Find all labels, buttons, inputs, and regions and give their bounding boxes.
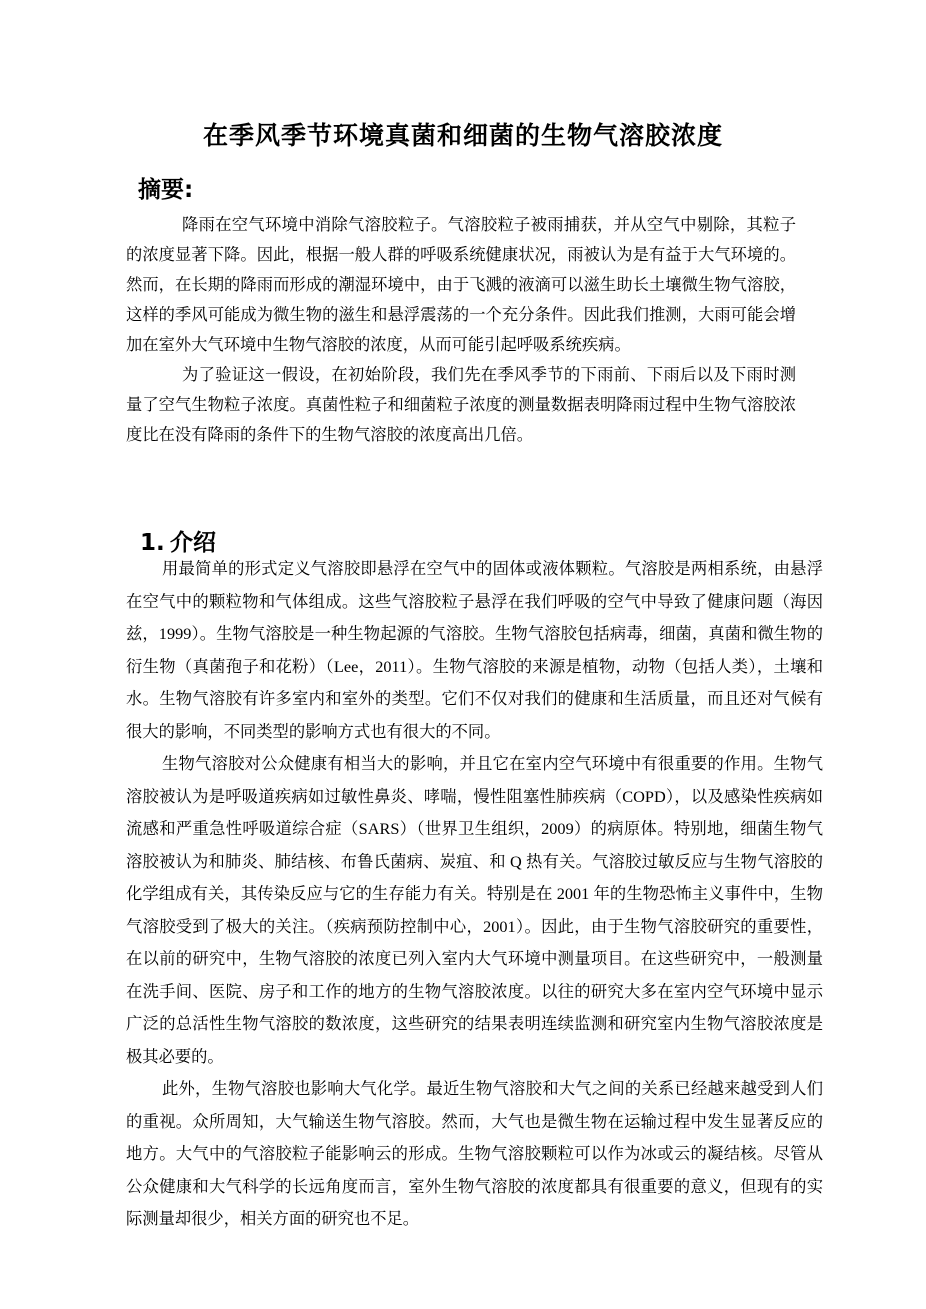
abstract-section: 降雨在空气环境中消除气溶胶粒子。气溶胶粒子被雨捕获，并从空气中剔除，其粒子的浓度…: [126, 210, 796, 450]
abstract-paragraph: 为了验证这一假设，在初始阶段，我们先在季风季节的下雨前、下雨后以及下雨时测量了空…: [126, 360, 796, 450]
intro-paragraph: 生物气溶胶对公众健康有相当大的影响，并且它在室内空气环境中有很重要的作用。生物气…: [126, 748, 823, 1073]
document-title: 在季风季节环境真菌和细菌的生物气溶胶浓度: [0, 116, 926, 152]
intro-paragraph: 此外，生物气溶胶也影响大气化学。最近生物气溶胶和大气之间的关系已经越来越受到人们…: [126, 1073, 823, 1236]
abstract-paragraph: 降雨在空气环境中消除气溶胶粒子。气溶胶粒子被雨捕获，并从空气中剔除，其粒子的浓度…: [126, 210, 796, 360]
abstract-heading: 摘要:: [138, 171, 193, 204]
document-page: 在季风季节环境真菌和细菌的生物气溶胶浓度 摘要: 降雨在空气环境中消除气溶胶粒子…: [0, 0, 926, 1309]
introduction-section: 用最简单的形式定义气溶胶即悬浮在空气中的固体或液体颗粒。气溶胶是两相系统，由悬浮…: [126, 553, 823, 1236]
intro-paragraph: 用最简单的形式定义气溶胶即悬浮在空气中的固体或液体颗粒。气溶胶是两相系统，由悬浮…: [126, 553, 823, 748]
